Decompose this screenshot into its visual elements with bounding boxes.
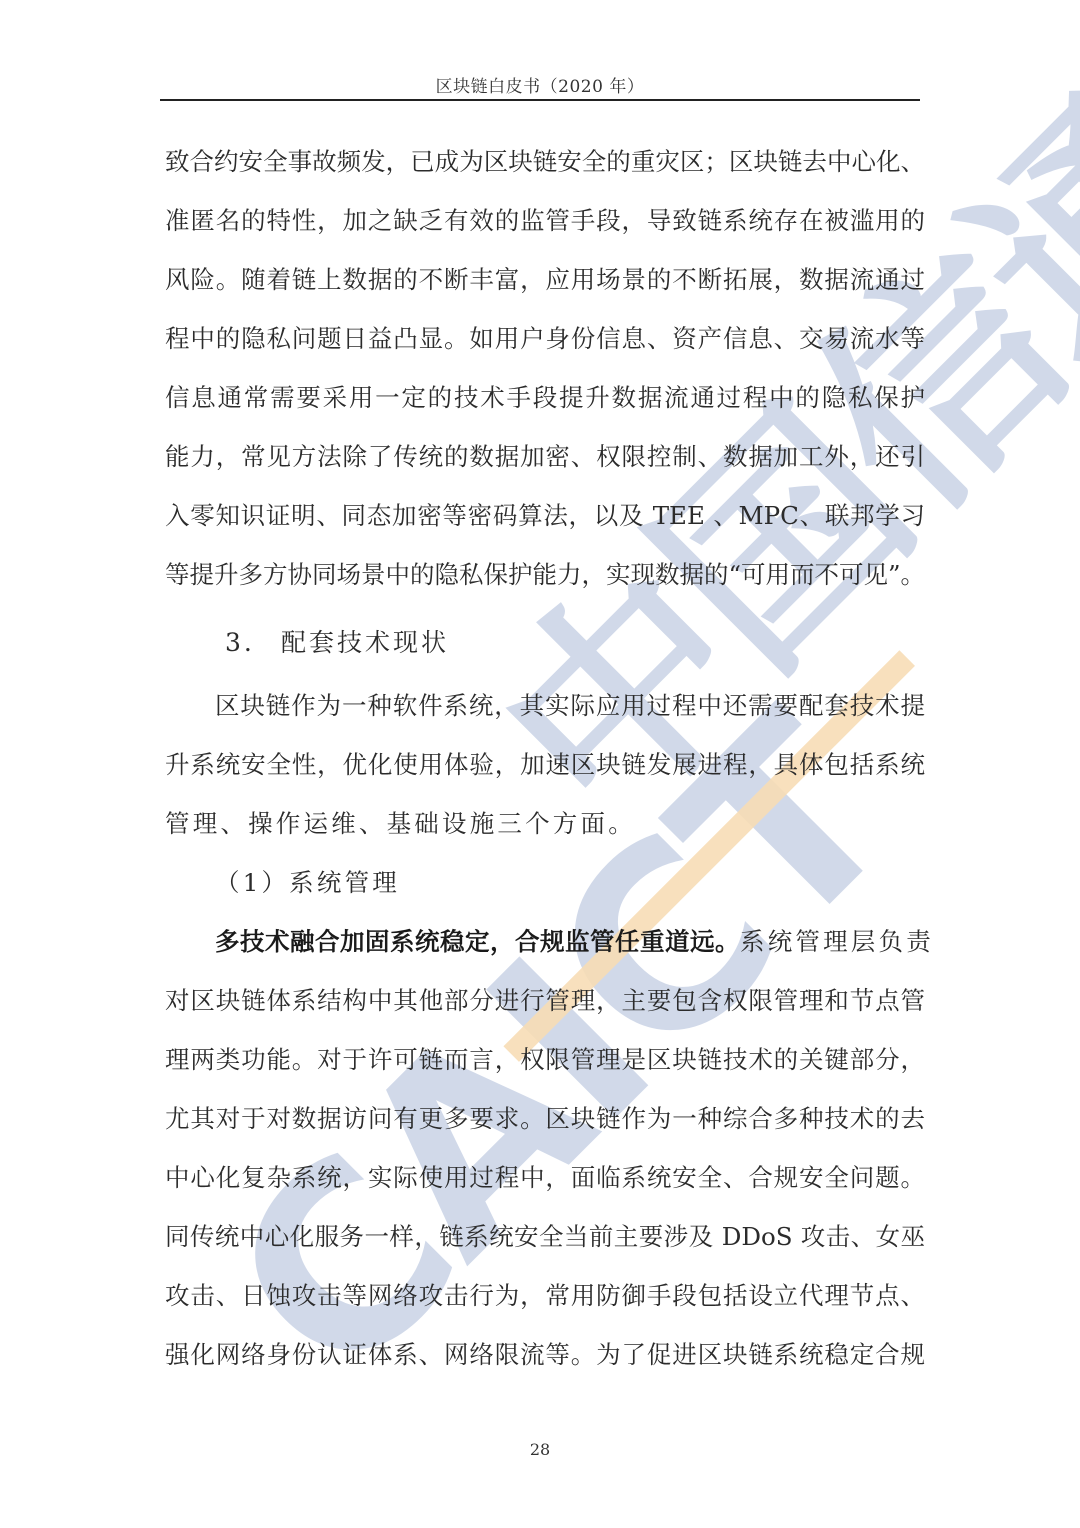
text-line: 尤其对于对数据访问有更多要求。区块链作为一种综合多种技术的去: [165, 1089, 925, 1148]
text-line: 能力，常见方法除了传统的数据加密、权限控制、数据加工外，还引: [165, 427, 925, 486]
text-line-lead: 多技术融合加固系统稳定，合规监管任重道远。系统管理层负责: [165, 912, 925, 971]
text-line: 致合约安全事故频发，已成为区块链安全的重灾区；区块链去中心化、: [165, 132, 925, 191]
text-line: 攻击、日蚀攻击等网络攻击行为，常用防御手段包括设立代理节点、: [165, 1266, 925, 1325]
text-line: 准匿名的特性，加之缺乏有效的监管手段，导致链系统存在被滥用的: [165, 191, 925, 250]
section-number: 3.: [225, 610, 281, 676]
bold-lead-sentence: 多技术融合加固系统稳定，合规监管任重道远。: [215, 927, 740, 956]
section-heading: 3.配套技术现状: [165, 610, 925, 676]
header-rule: [160, 99, 920, 101]
text-line: 等提升多方协同场景中的隐私保护能力，实现数据的“可用而不可见”。: [165, 545, 925, 604]
subsection-heading: （1）系统管理: [165, 853, 925, 912]
section-title: 配套技术现状: [281, 628, 449, 657]
document-page: 区块链白皮书（2020 年） 中国信通院 CAICT 致合约安全事故频发，已成为…: [0, 0, 1080, 1528]
text-line: 信息通常需要采用一定的技术手段提升数据流通过程中的隐私保护: [165, 368, 925, 427]
text-line: 风险。随着链上数据的不断丰富，应用场景的不断拓展，数据流通过: [165, 250, 925, 309]
paragraph-system-management: 多技术融合加固系统稳定，合规监管任重道远。系统管理层负责 对区块链体系结构中其他…: [165, 912, 925, 1384]
text-line: 程中的隐私问题日益凸显。如用户身份信息、资产信息、交易流水等: [165, 309, 925, 368]
text-line: 对区块链体系结构中其他部分进行管理，主要包含权限管理和节点管: [165, 971, 925, 1030]
lead-line-rest: 系统管理层负责: [740, 927, 934, 956]
text-line: 强化网络身份认证体系、网络限流等。为了促进区块链系统稳定合规: [165, 1325, 925, 1384]
paragraph-supporting-tech: 区块链作为一种软件系统，其实际应用过程中还需要配套技术提 升系统安全性，优化使用…: [165, 676, 925, 853]
body-text: 致合约安全事故频发，已成为区块链安全的重灾区；区块链去中心化、 准匿名的特性，加…: [165, 132, 925, 1384]
running-header: 区块链白皮书（2020 年）: [160, 72, 920, 97]
text-line: 理两类功能。对于许可链而言，权限管理是区块链技术的关键部分，: [165, 1030, 925, 1089]
page-number: 28: [0, 1440, 1080, 1459]
paragraph-privacy: 致合约安全事故频发，已成为区块链安全的重灾区；区块链去中心化、 准匿名的特性，加…: [165, 132, 925, 604]
text-line: 入零知识证明、同态加密等密码算法，以及 TEE 、MPC、联邦学习: [165, 486, 925, 545]
text-line: 同传统中心化服务一样，链系统安全当前主要涉及 DDoS 攻击、女巫: [165, 1207, 925, 1266]
text-line: 升系统安全性，优化使用体验，加速区块链发展进程，具体包括系统: [165, 735, 925, 794]
text-line: 中心化复杂系统，实际使用过程中，面临系统安全、合规安全问题。: [165, 1148, 925, 1207]
text-line: 管理、操作运维、基础设施三个方面。: [165, 794, 925, 853]
text-line: 区块链作为一种软件系统，其实际应用过程中还需要配套技术提: [165, 676, 925, 735]
